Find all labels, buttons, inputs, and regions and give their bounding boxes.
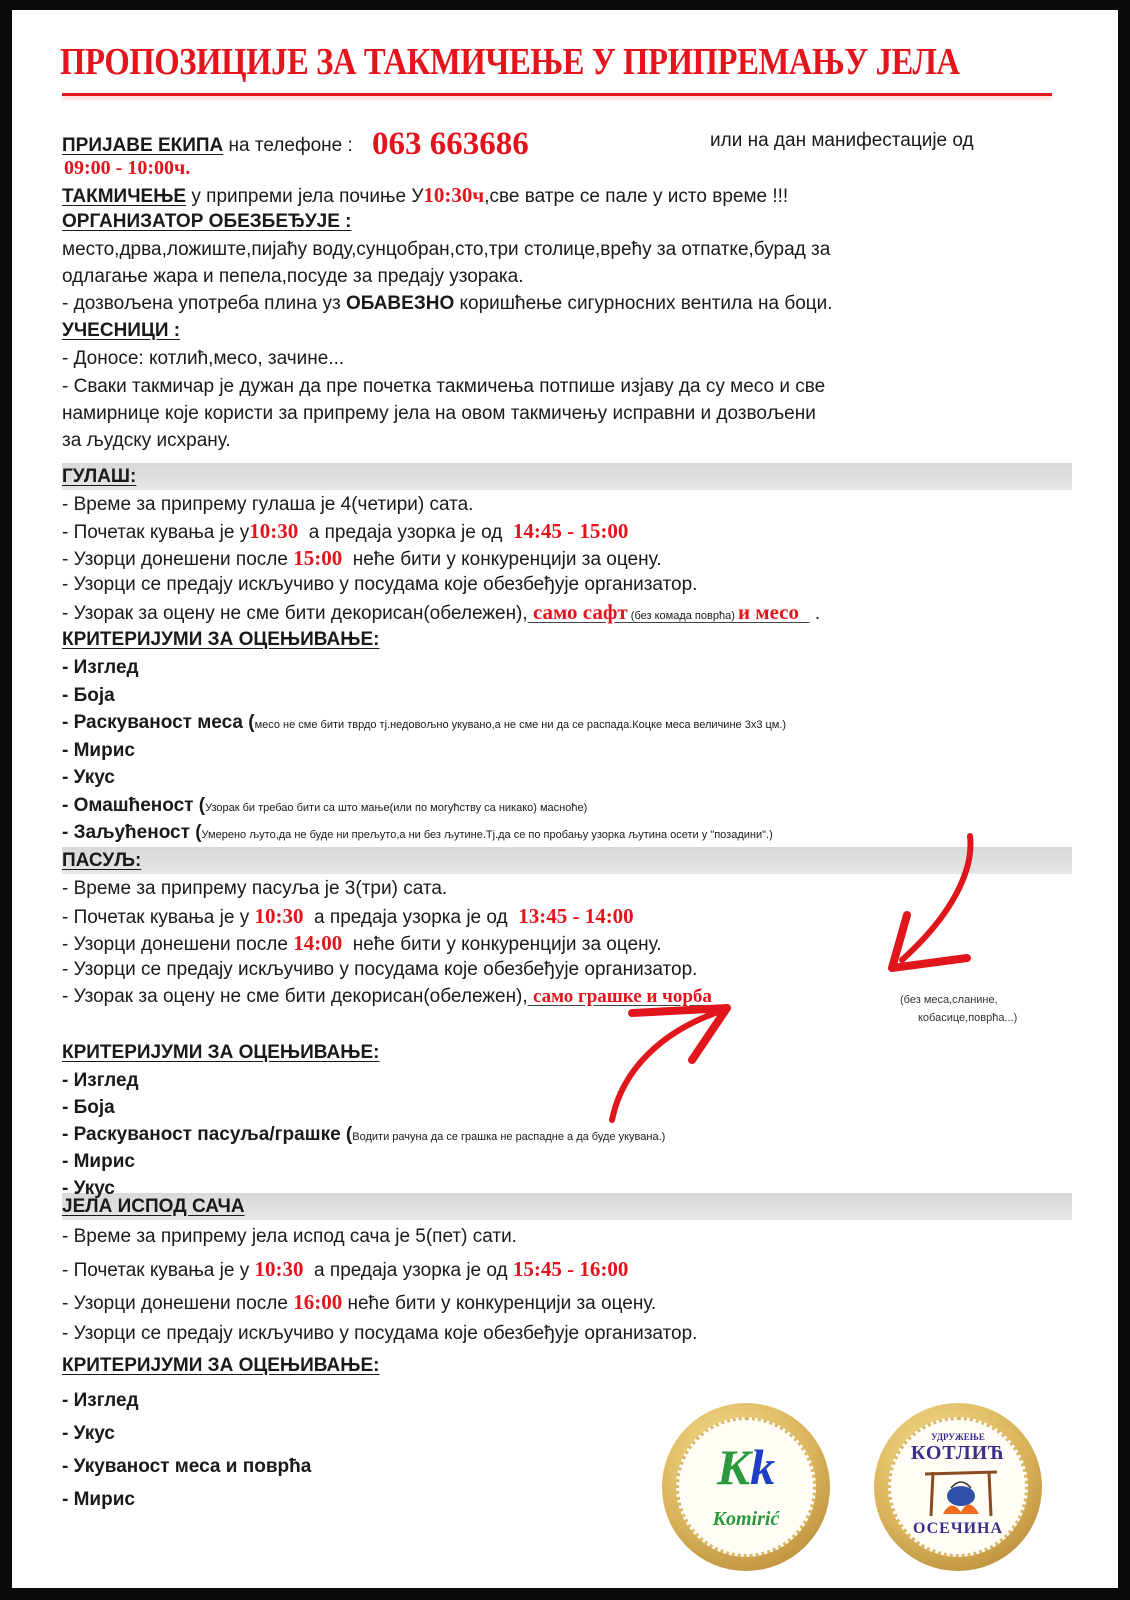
criteria-item: - Изглед — [62, 1388, 139, 1414]
criteria-item: - Изглед — [62, 655, 139, 681]
registration-time: 09:00 - 10:00ч. — [64, 155, 190, 181]
page-title: ПРОПОЗИЦИЈЕ ЗА ТАКМИЧЕЊЕ У ПРИПРЕМАЊУ ЈЕ… — [60, 40, 930, 84]
criteria-item: - Мирис — [62, 738, 135, 764]
criteria-item: - Раскуваност пасуља/грашке (Водити рачу… — [62, 1122, 665, 1150]
goulash-line-5: - Узорак за оцену не сме бити декорисан(… — [62, 599, 820, 629]
cauldron-fire-icon — [921, 1468, 1001, 1518]
beans-line-2: - Почетак кувања је у 10:30 а предаја уз… — [62, 903, 634, 931]
section-bar-goulash — [62, 463, 1072, 490]
registration-alt: или на дан манифестације од — [710, 128, 974, 154]
beans-note-2: кобасице,поврћа...) — [918, 1010, 1017, 1026]
criteria-item: - Укус — [62, 765, 115, 791]
criteria-item: - Укус — [62, 1421, 115, 1447]
goulash-criteria-heading: КРИТЕРИЈУМИ ЗА ОЦЕЊИВАЊЕ: — [62, 627, 379, 653]
goulash-heading: ГУЛАШ: — [62, 464, 136, 490]
participants-line-3: намирнице које користи за припрему јела … — [62, 401, 816, 427]
sac-line-3: - Узорци донешени после 16:00 неће бити … — [62, 1289, 656, 1317]
beans-line-3: - Узорци донешени после 14:00 неће бити … — [62, 930, 661, 958]
criteria-item: - Омашћеност (Узорак би требао бити са ш… — [62, 793, 587, 821]
criteria-item: - Мирис — [62, 1149, 135, 1175]
goulash-line-3: - Узорци донешени после 15:00 неће бити … — [62, 545, 661, 573]
gas-line: - дозвољена употреба плина уз ОБАВЕЗНО к… — [62, 291, 833, 317]
beans-line-1: - Време за припрему пасуља је 3(три) сат… — [62, 876, 447, 902]
section-bar-beans — [62, 847, 1072, 874]
logo-name: Komirić — [679, 1508, 813, 1531]
participants-line-4: за људску исхрану. — [62, 428, 231, 454]
criteria-item: - Укуваност меса и поврћа — [62, 1454, 311, 1480]
competition-time: 10:30ч — [423, 183, 484, 207]
organizer-line-2: одлагање жара и пепела,посуде за предају… — [62, 264, 524, 290]
sac-line-4: - Узорци се предају искључиво у посудама… — [62, 1321, 697, 1347]
flyer-page: ПРОПОЗИЦИЈЕ ЗА ТАКМИЧЕЊЕ У ПРИПРЕМАЊУ ЈЕ… — [12, 10, 1118, 1588]
participants-heading: УЧЕСНИЦИ : — [62, 318, 180, 344]
criteria-item: - Раскуваност меса (месо не сме бити твр… — [62, 710, 786, 738]
sac-line-1: - Време за припрему јела испод сача је 5… — [62, 1224, 517, 1250]
arrow-up-right-icon — [612, 1010, 724, 1120]
criteria-item: - Зaљућеност (Умерено љуто,да не буде ни… — [62, 820, 773, 848]
criteria-item: - Мирис — [62, 1487, 135, 1513]
sac-line-2: - Почетак кувања је у 10:30 а предаја уз… — [62, 1256, 628, 1284]
komiric-logo: Kk Komirić — [662, 1403, 830, 1571]
competition-line: ТАКМИЧЕЊЕ у припреми јела почиње У10:30ч… — [62, 182, 788, 210]
beans-heading: ПАСУЉ: — [62, 848, 141, 874]
criteria-item: - Боја — [62, 683, 115, 709]
participants-line-2: - Сваки такмичар је дужан да пре почетка… — [62, 374, 825, 400]
beans-line-5: - Узорак за оцену не сме бити декорисан(… — [62, 984, 723, 1010]
organizer-line-1: место,дрва,ложиште,пијаћу воду,сунцобран… — [62, 237, 830, 263]
criteria-item: - Боја — [62, 1095, 115, 1121]
sac-heading: ЈЕЛА ИСПОД САЧА — [62, 1194, 245, 1220]
title-underline — [62, 93, 1052, 96]
goulash-line-2: - Почетак кувања је у10:30 а предаја узо… — [62, 518, 628, 546]
beans-criteria-heading: КРИТЕРИЈУМИ ЗА ОЦЕЊИВАЊЕ: — [62, 1040, 379, 1066]
logo-kotlic: КОТЛИЋ — [891, 1442, 1025, 1465]
participants-line-1: - Доносе: котлић,месо, зачине... — [62, 346, 344, 372]
organizer-heading: ОРГАНИЗАТОР ОБЕЗБЕЂУЈЕ : — [62, 209, 352, 235]
logo-osecina: ОСЕЧИНА — [891, 1520, 1025, 1538]
registration-label: ПРИЈАВЕ ЕКИПА — [62, 135, 223, 156]
beans-line-4: - Узорци се предају искључиво у посудама… — [62, 957, 697, 983]
phone-number: 063 663686 — [372, 126, 529, 162]
beans-note-1: (без меса,сланине, — [900, 992, 998, 1008]
sac-criteria-heading: КРИТЕРИЈУМИ ЗА ОЦЕЊИВАЊЕ: — [62, 1353, 379, 1379]
logo-monogram: Kk — [679, 1438, 813, 1496]
goulash-line-4: - Узорци се предају искључиво у посудама… — [62, 572, 697, 598]
criteria-item: - Изглед — [62, 1068, 139, 1094]
goulash-line-1: - Време за припрему гулаша је 4(четири) … — [62, 492, 473, 518]
kotlic-logo: УДРУЖЕЊЕ КОТЛИЋ ОСЕЧИНА — [874, 1403, 1042, 1571]
